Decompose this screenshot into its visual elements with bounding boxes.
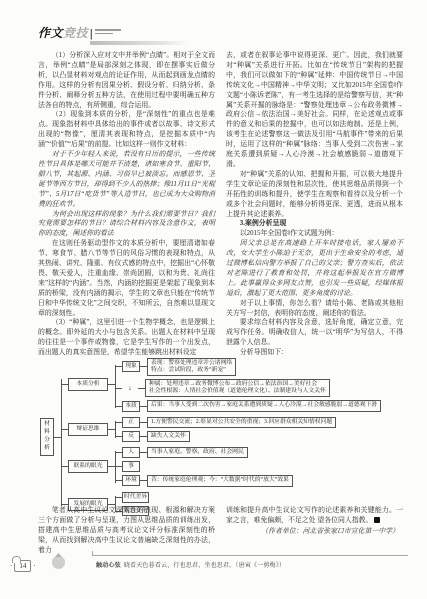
footer-quote-text: 晓看天色暮看云，行也思君，坐也思君。（唐寅《一剪梅》）: [124, 563, 285, 569]
right-column: 去，或者在叙事论事中说得更深、更广。因此，我们就要对“种属”关系进行开拓。比如在…: [226, 51, 403, 371]
paragraph-exam-requirements: 要求综合材料内容及含意，选好角度，确定立意，完成写作任务。明确收信人，统一以“明…: [226, 318, 403, 348]
connector-line: [140, 480, 147, 481]
connector-line: [140, 366, 147, 367]
paragraph-conclusion-left: 笔者从高中生议论文深刻性的表现、根源和解决方案三个方面做了分析与呈现，力图从思维…: [38, 506, 215, 556]
node-era-difference: 时代差异: [115, 492, 149, 503]
node-positive: 正 1.方便警民交流；2.彰显对公共安全的重视；3.回应群众相关知情权问题: [115, 417, 336, 428]
connector-line: [140, 436, 147, 437]
connector-line: [61, 466, 68, 467]
connector-line: [115, 452, 122, 453]
node-phenomenon: 现象 表现：警察处理违章并公诸网络 特点：尝试阶段，政务“新宠”: [115, 358, 381, 376]
masthead-title-primary: 作文: [38, 26, 63, 40]
paragraph-conclusion-right: 训练和提升高中生议论文写作的论述素养和关键能力。一家之言，难免偏颇，不足之处 望…: [226, 506, 403, 526]
analysis-mindmap: 材料分析 本质分析 现象 表现：警察处理违章并公诸网络: [40, 373, 405, 501]
branch-children: 正 1.方便警民交流；2.彰显对公共安全的重视；3.回应群众相关知情权问题 反: [115, 417, 336, 442]
content-box: 当事人家庭、警察、政府、社会网民: [147, 447, 248, 458]
footer-rule-line: [92, 555, 408, 556]
branch-node: 本质分析: [68, 378, 108, 391]
child-node: 时代差异: [122, 492, 149, 503]
masthead-swoosh-line: [90, 41, 190, 45]
connector-line: [115, 388, 122, 389]
content-box: 缺失人文关怀: [147, 431, 190, 442]
connector-line: [140, 422, 147, 423]
connector-line: [61, 504, 68, 505]
node-essence: 本质 后果：当事人受到二次伤害→家庭关系遭到质疑→人心冷漠→社会敏感脆弱→道德观…: [115, 400, 381, 411]
node-event: 事: [115, 461, 293, 472]
connector-line: [115, 466, 122, 467]
connector-line: [115, 480, 122, 481]
footer-quote-title: 触动心弦: [96, 563, 121, 569]
paragraph-material-quote: 对于不少年轻人来说，若没有日历的提示，一些传统性节日具体是哪天可能并不清楚，诸如…: [38, 150, 215, 209]
footer-quote: 触动心弦晓看天色暮看云，行也思君，坐也思君。（唐寅《一剪梅》）: [96, 560, 285, 569]
paragraph-material-task: 为何会出现这样的现象？为什么我们需要节日？我们究竟需要怎样的节日？请综合材料内容…: [38, 210, 215, 240]
left-column: （1）分析深入应对文中并举例“点睛”。相对于全文而言，举例“点睛”是局部深刻之体…: [38, 51, 215, 371]
diagram-branches: 本质分析 现象 表现：警察处理违章并公诸网络 特点：尝试阶段，政务“新宠”: [61, 358, 381, 517]
connector-line: [54, 437, 61, 438]
page-number: · 14 ·: [8, 560, 38, 572]
content-line: 表现：警察处理违章并公诸网络: [151, 360, 232, 367]
paragraph-species-genus: 对“种属”关系的认知、把握和开掘，可以极大地提升学生文章论证的深刻性和层次性，使…: [226, 170, 403, 220]
closing-left-column: 笔者从高中生议论文深刻性的表现、根源和解决方案三个方面做了分析与呈现，力图从思维…: [38, 506, 215, 556]
connector-line: [115, 497, 122, 498]
masthead-title-secondary: 竞技: [63, 26, 88, 40]
child-node: 本质: [122, 401, 140, 412]
page-number-dot: ·: [10, 562, 12, 570]
connector-line: [108, 466, 115, 467]
child-node: 反: [122, 431, 140, 442]
paragraph-analysis-3: 在这则任务驱动型作文的本质分析中，要厘清诸如春节、寒食节、腊八节等节日的风俗习惯…: [38, 239, 215, 318]
branch-children: 现象 表现：警察处理违章并公诸网络 特点：尝试阶段，政务“新宠” ↓: [115, 358, 381, 412]
page-number-box: 14: [14, 560, 31, 572]
magazine-page: 作文竞技 | （1）分析深入应对文中并举例“点睛”。相对于全文而言，举例“点睛”…: [0, 0, 427, 599]
node-negative: 反 缺失人文关怀: [115, 431, 336, 442]
branch-node: 联系的眼光: [68, 460, 108, 473]
connector-line: [140, 452, 147, 453]
content-line: 1.方便警民交流；2.彰显对公共安全的重视；3.回应群众相关知情权问题: [151, 419, 332, 426]
masthead-divider: |: [90, 26, 93, 41]
content-line: 当事人家庭、警察、政府、社会网民: [151, 449, 244, 456]
content-box: 后果：当事人受到二次伤害→家庭关系遭到质疑→人心冷漠→社会敏感脆弱→道德观下滑: [147, 400, 381, 411]
connector-line: [108, 384, 115, 385]
connector-line: [115, 366, 122, 367]
page-number-dot: ·: [33, 562, 35, 570]
content-line: 缺失人文关怀: [151, 433, 186, 440]
connector-line: [61, 429, 68, 430]
closing-right-column: 训练和提升高中生议论文写作的论述素养和关键能力。一家之言，难免偏颇，不足之处 望…: [226, 506, 403, 556]
paragraph-analysis-2: （2）现象到本质的分析，是“深刻性”的重点也是难点。现象指材料中具体给出的事件或…: [38, 110, 215, 150]
branch-children: 人 当事人家庭、警察、政府、社会网民 事 环境: [115, 447, 293, 486]
node-environment: 环境 昔：传统家庭伦理观；今：“大数据”时代的“放大”效果: [115, 475, 293, 486]
node-transition: ↓ 种属：处理违章→政务微博公布→政府公信→依法治国→美好社会 社会性根源：人情…: [115, 379, 381, 397]
paragraph-analysis-4: （3）“种属”，这里引进一个生物学概念，也是逻辑上的概念。即外延的大小与包含关系…: [38, 318, 215, 358]
content-box: 1.方便警民交流；2.彰显对公共安全的重视；3.回应群众相关知情权问题: [147, 417, 336, 428]
branch-node: 辩证思维: [68, 423, 108, 436]
content-box: 表现：警察处理违章并公诸网络 特点：尝试阶段，政务“新宠”: [147, 358, 236, 376]
connector-line: [115, 436, 122, 437]
child-node: 环境: [122, 475, 140, 486]
diagram-root-node: 材料分析: [40, 418, 54, 455]
paragraph-example-intro: 以2015年全国卷Ⅰ作文试题为例：: [226, 229, 403, 239]
child-node: 正: [122, 417, 140, 428]
branch-essence-analysis: 本质分析 现象 表现：警察处理违章并公诸网络 特点：尝试阶段，政务“新宠”: [61, 358, 381, 412]
author-affiliation: （作者单位：河北省张家口市宣化第一中学）: [226, 527, 403, 537]
content-line: 特点：尝试阶段，政务“新宠”: [151, 367, 232, 374]
paragraph-continuation: 去，或者在叙事论事中说得更深、更广。因此，我们就要对“种属”关系进行开拓。比如在…: [226, 51, 403, 170]
branch-connection-perspective: 联系的眼光 人 当事人家庭、警察、政府、社会网民: [61, 447, 381, 486]
connector-line: [61, 384, 68, 385]
masthead-smalltext-lines: [95, 29, 121, 34]
masthead-title: 作文竞技: [38, 26, 88, 40]
connector-line: [108, 504, 115, 505]
content-box: 昔：传统家庭伦理观；今：“大数据”时代的“放大”效果: [147, 475, 293, 486]
content-line: 后果：当事人受到二次伤害→家庭关系遭到质疑→人心冷漠→社会敏感脆弱→道德观下滑: [151, 402, 377, 409]
section-heading-case-analysis: 3.案例分析呈现: [226, 219, 403, 229]
content-line: 昔：传统家庭伦理观；今：“大数据”时代的“放大”效果: [151, 477, 289, 484]
content-line: 社会性根源：人情社会价值观（道德伦理文化）、法制建设与人文关怀: [149, 388, 326, 395]
paragraph-exam-question: 对于以上事情，你怎么看？请给小陈、老陈或其他相关方写一封信，表明你的态度，阐述你…: [226, 299, 403, 319]
body-columns: （1）分析深入应对文中并举例“点睛”。相对于全文而言，举例“点睛”是局部深刻之体…: [38, 51, 404, 371]
connector-line: [115, 422, 122, 423]
branch-dialectical-thinking: 辩证思维 正 1.方便警民交流；2.彰显对公共安全的重视；3.回应群众相关知情权…: [61, 417, 381, 442]
child-node: 人: [122, 447, 140, 458]
masthead: 作文竞技 |: [38, 26, 121, 48]
paragraph-analysis-1: （1）分析深入应对文中并举例“点睛”。相对于全文而言，举例“点睛”是局部深刻之体…: [38, 51, 215, 110]
down-arrow-icon: ↓: [122, 384, 138, 392]
child-node: 现象: [122, 361, 140, 372]
end-mark-icon: [374, 517, 380, 523]
connector-line: [140, 406, 147, 407]
paragraph-exam-material: 因父亲总是在高速路上开车时接电话，家人屡劝不改，女大学生小陈迫于无奈，更出于生命…: [226, 239, 403, 298]
strawberry-icon: [52, 556, 65, 569]
closing-columns: 笔者从高中生议论文深刻性的表现、根源和解决方案三个方面做了分析与呈现，力图从思维…: [38, 506, 404, 556]
connector-line: [108, 429, 115, 430]
connector-line: [138, 388, 145, 389]
connector-line: [115, 406, 122, 407]
content-box: 种属：处理违章→政务微博公布→政府公信→依法治国→美好社会 社会性根源：人情社会…: [145, 379, 330, 397]
child-node: 事: [122, 461, 140, 472]
node-people: 人 当事人家庭、警察、政府、社会网民: [115, 447, 293, 458]
